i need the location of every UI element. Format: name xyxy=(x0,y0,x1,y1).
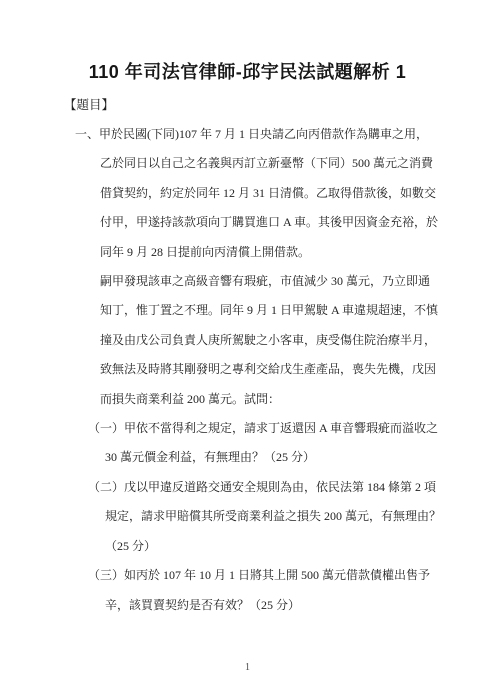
page-number: 1 xyxy=(0,662,495,673)
question-subitem-line: （二）戊以甲違反道路交通安全規則為由，依民法第 184 條第 2 項 xyxy=(0,473,495,502)
question-line: 致無法及時將其剛發明之專利交給戊生產產品，喪失先機，戊因 xyxy=(0,355,495,384)
question-line: 而損失商業利益 200 萬元。試問： xyxy=(0,385,495,414)
question-line: 嗣甲發現該車之高級音響有瑕疵，市值減少 30 萬元，乃立即通 xyxy=(0,267,495,296)
question-line: 同年 9 月 28 日提前向丙清償上開借款。 xyxy=(0,238,495,267)
question-subitem-line: （一）甲依不當得利之規定，請求丁返還因 A 車音響瑕疵而溢收之 xyxy=(0,414,495,443)
question-body: 一、甲於民國(下同)107 年 7 月 1 日央請乙向丙借款作為購車之用， 乙於… xyxy=(0,120,495,620)
question-subitem-line: （25 分） xyxy=(0,532,495,561)
question-subitem-line: 辛，該買賣契約是否有效？（25 分） xyxy=(0,591,495,620)
question-line: 撞及由戊公司負責人庚所駕駛之小客車，庚受傷住院治療半月， xyxy=(0,326,495,355)
question-subitem-line: （三）如丙於 107 年 10 月 1 日將其上開 500 萬元借款債權出售予 xyxy=(0,561,495,590)
document-title: 110 年司法官律師-邱宇民法試題解析 1 xyxy=(0,58,495,84)
question-line: 知丁，惟丁置之不理。同年 9 月 1 日甲駕駛 A 車違規超速，不慎 xyxy=(0,296,495,325)
question-line: 一、甲於民國(下同)107 年 7 月 1 日央請乙向丙借款作為購車之用， xyxy=(0,120,495,149)
topic-section-label: 【題目】 xyxy=(64,95,114,113)
question-subitem-line: 30 萬元價金利益，有無理由？（25 分） xyxy=(0,443,495,472)
question-line: 付甲，甲遂持該款項向丁購買進口 A 車。其後甲因資金充裕，於 xyxy=(0,208,495,237)
document-page: 110 年司法官律師-邱宇民法試題解析 1 【題目】 一、甲於民國(下同)107… xyxy=(0,0,495,700)
question-line: 借貸契約，約定於同年 12 月 31 日清償。乙取得借款後，如數交 xyxy=(0,179,495,208)
question-subitem-line: 規定，請求甲賠償其所受商業利益之損失 200 萬元，有無理由？ xyxy=(0,502,495,531)
question-line: 乙於同日以自己之名義與丙訂立新臺幣（下同）500 萬元之消費 xyxy=(0,149,495,178)
